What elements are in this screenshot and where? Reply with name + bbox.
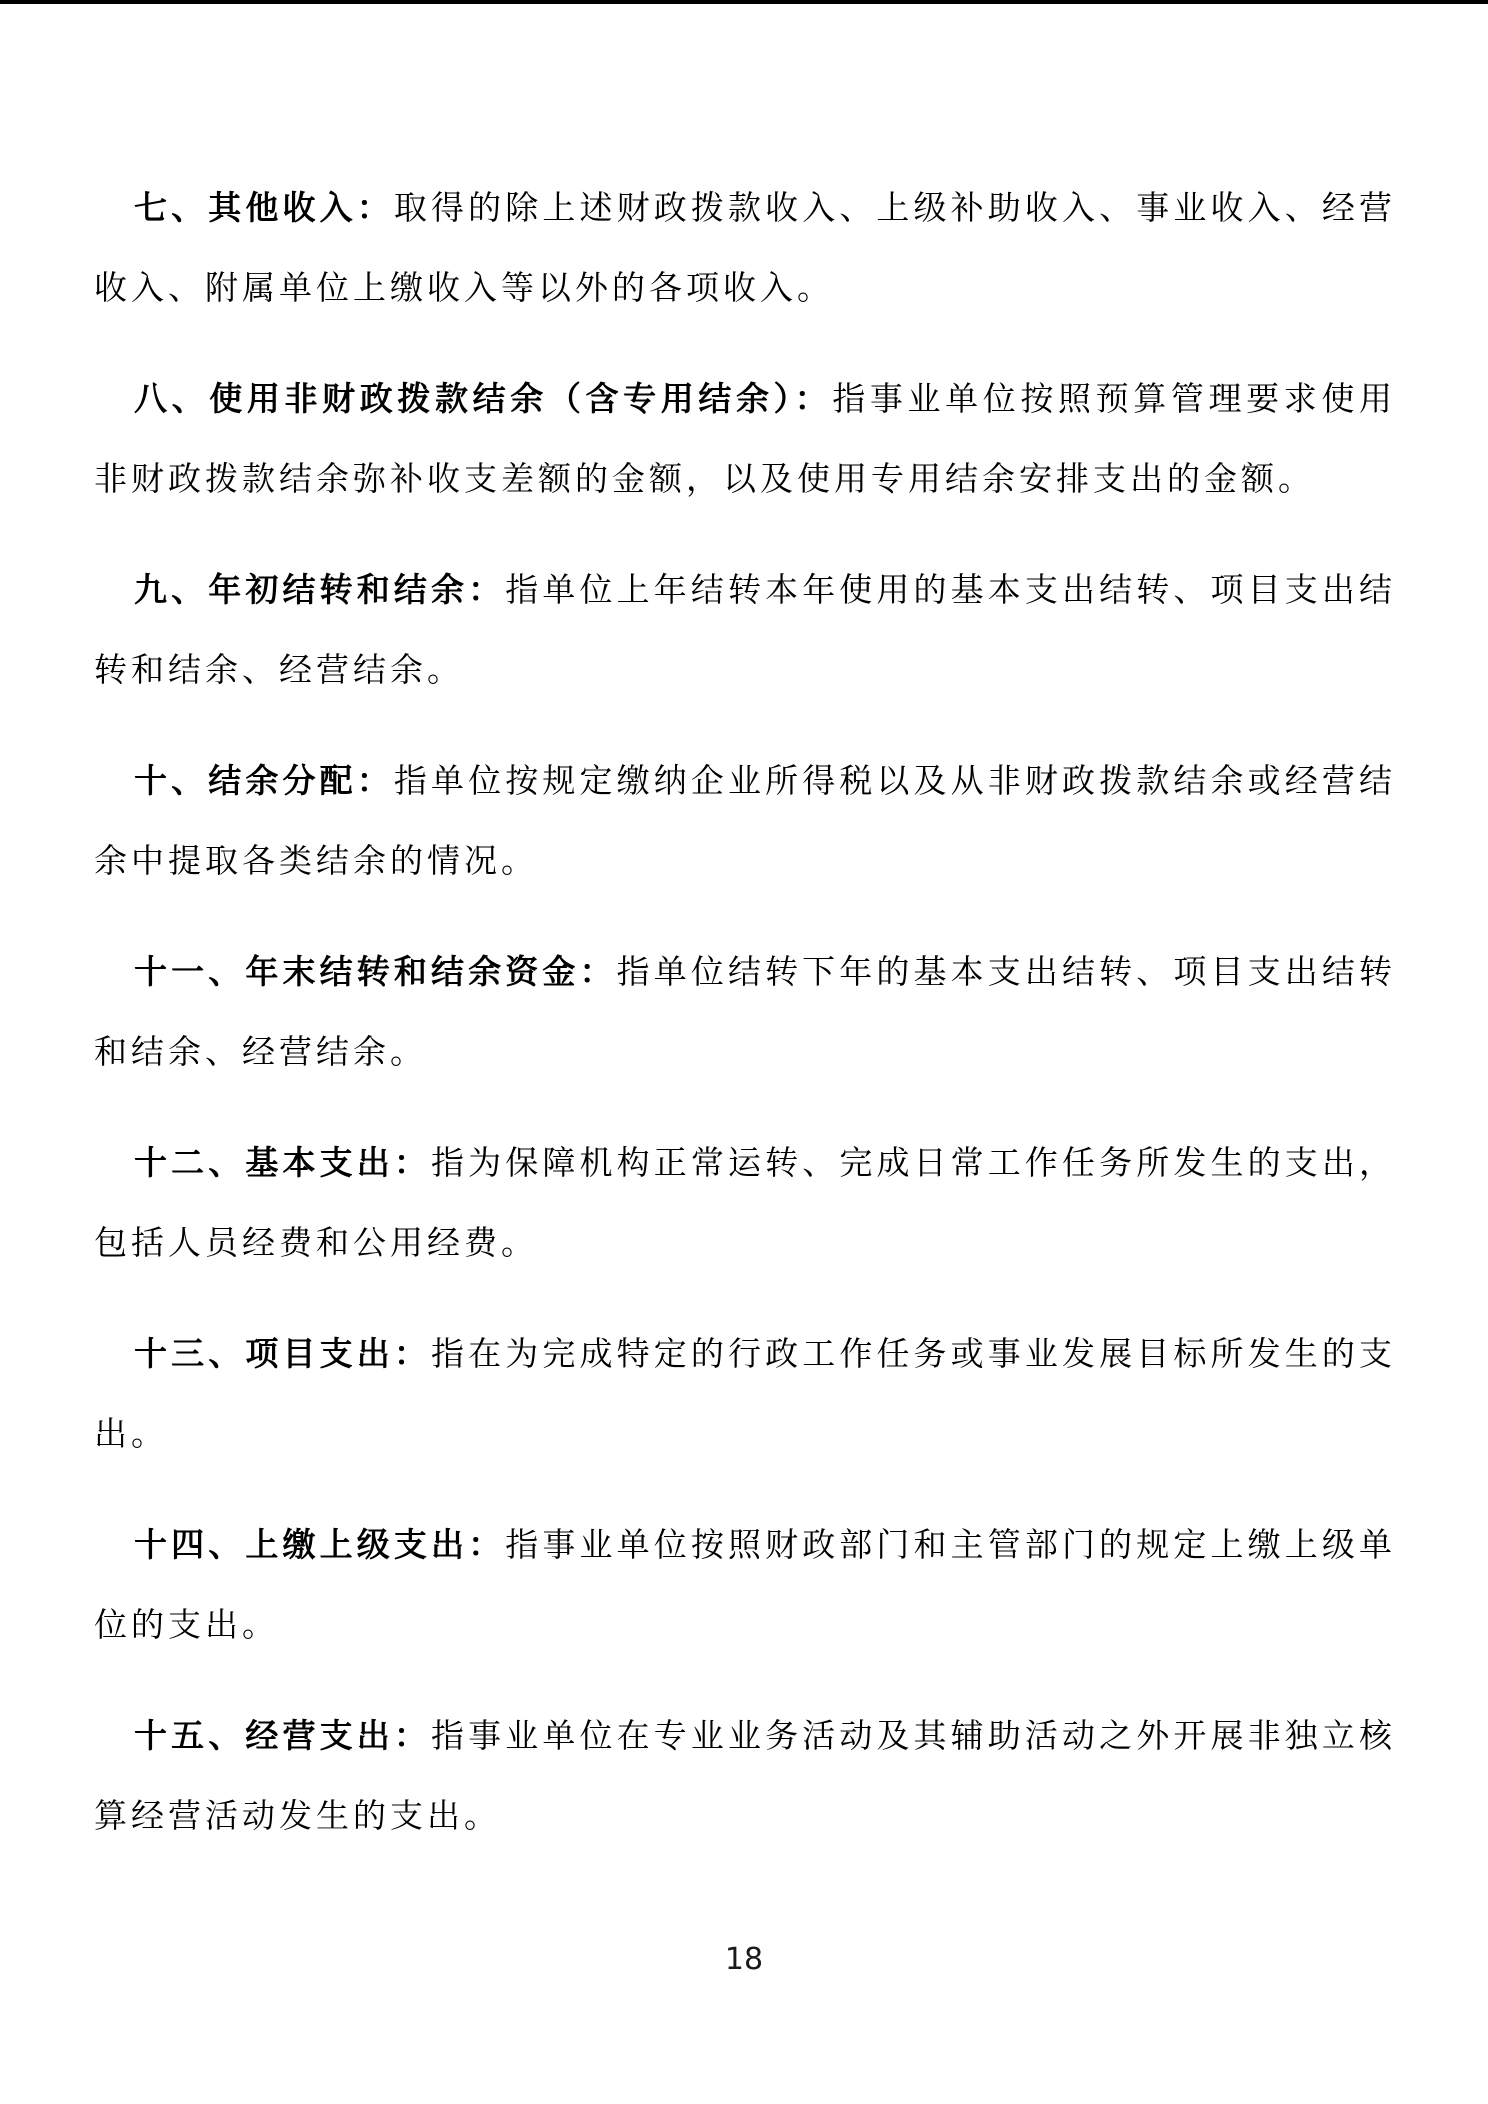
definition-paragraph-10: 十、结余分配：指单位按规定缴纳企业所得税以及从非财政拨款结余或经营结余中提取各类…	[94, 741, 1396, 902]
definition-paragraph-9: 九、年初结转和结余：指单位上年结转本年使用的基本支出结转、项目支出结转和结余、经…	[94, 550, 1396, 711]
term-label: 十四、上缴上级支出：	[134, 1526, 505, 1563]
page-footer: 18	[0, 1942, 1488, 1977]
definition-paragraph-14: 十四、上缴上级支出：指事业单位按照财政部门和主管部门的规定上缴上级单位的支出。	[94, 1505, 1396, 1666]
term-label: 十、结余分配：	[134, 762, 394, 799]
term-label: 十二、基本支出：	[134, 1144, 431, 1181]
definition-paragraph-15: 十五、经营支出：指事业单位在专业业务活动及其辅助活动之外开展非独立核算经营活动发…	[94, 1696, 1396, 1857]
term-label: 八、使用非财政拨款结余（含专用结余）：	[134, 380, 832, 417]
definition-paragraph-11: 十一、年末结转和结余资金：指单位结转下年的基本支出结转、项目支出结转和结余、经营…	[94, 932, 1396, 1093]
definition-paragraph-12: 十二、基本支出：指为保障机构正常运转、完成日常工作任务所发生的支出，包括人员经费…	[94, 1123, 1396, 1284]
definition-paragraph-7: 七、其他收入：取得的除上述财政拨款收入、上级补助收入、事业收入、经营收入、附属单…	[94, 168, 1396, 329]
document-body: 七、其他收入：取得的除上述财政拨款收入、上级补助收入、事业收入、经营收入、附属单…	[94, 168, 1396, 1887]
term-label: 十五、经营支出：	[134, 1717, 431, 1754]
page-top-border	[0, 0, 1488, 4]
document-page: 七、其他收入：取得的除上述财政拨款收入、上级补助收入、事业收入、经营收入、附属单…	[0, 0, 1488, 2104]
definition-paragraph-8: 八、使用非财政拨款结余（含专用结余）：指事业单位按照预算管理要求使用非财政拨款结…	[94, 359, 1396, 520]
page-number: 18	[725, 1942, 763, 1977]
term-label: 七、其他收入：	[134, 189, 394, 226]
term-label: 十三、项目支出：	[134, 1335, 431, 1372]
definition-paragraph-13: 十三、项目支出：指在为完成特定的行政工作任务或事业发展目标所发生的支出。	[94, 1314, 1396, 1475]
term-label: 九、年初结转和结余：	[134, 571, 505, 608]
term-label: 十一、年末结转和结余资金：	[134, 953, 617, 990]
